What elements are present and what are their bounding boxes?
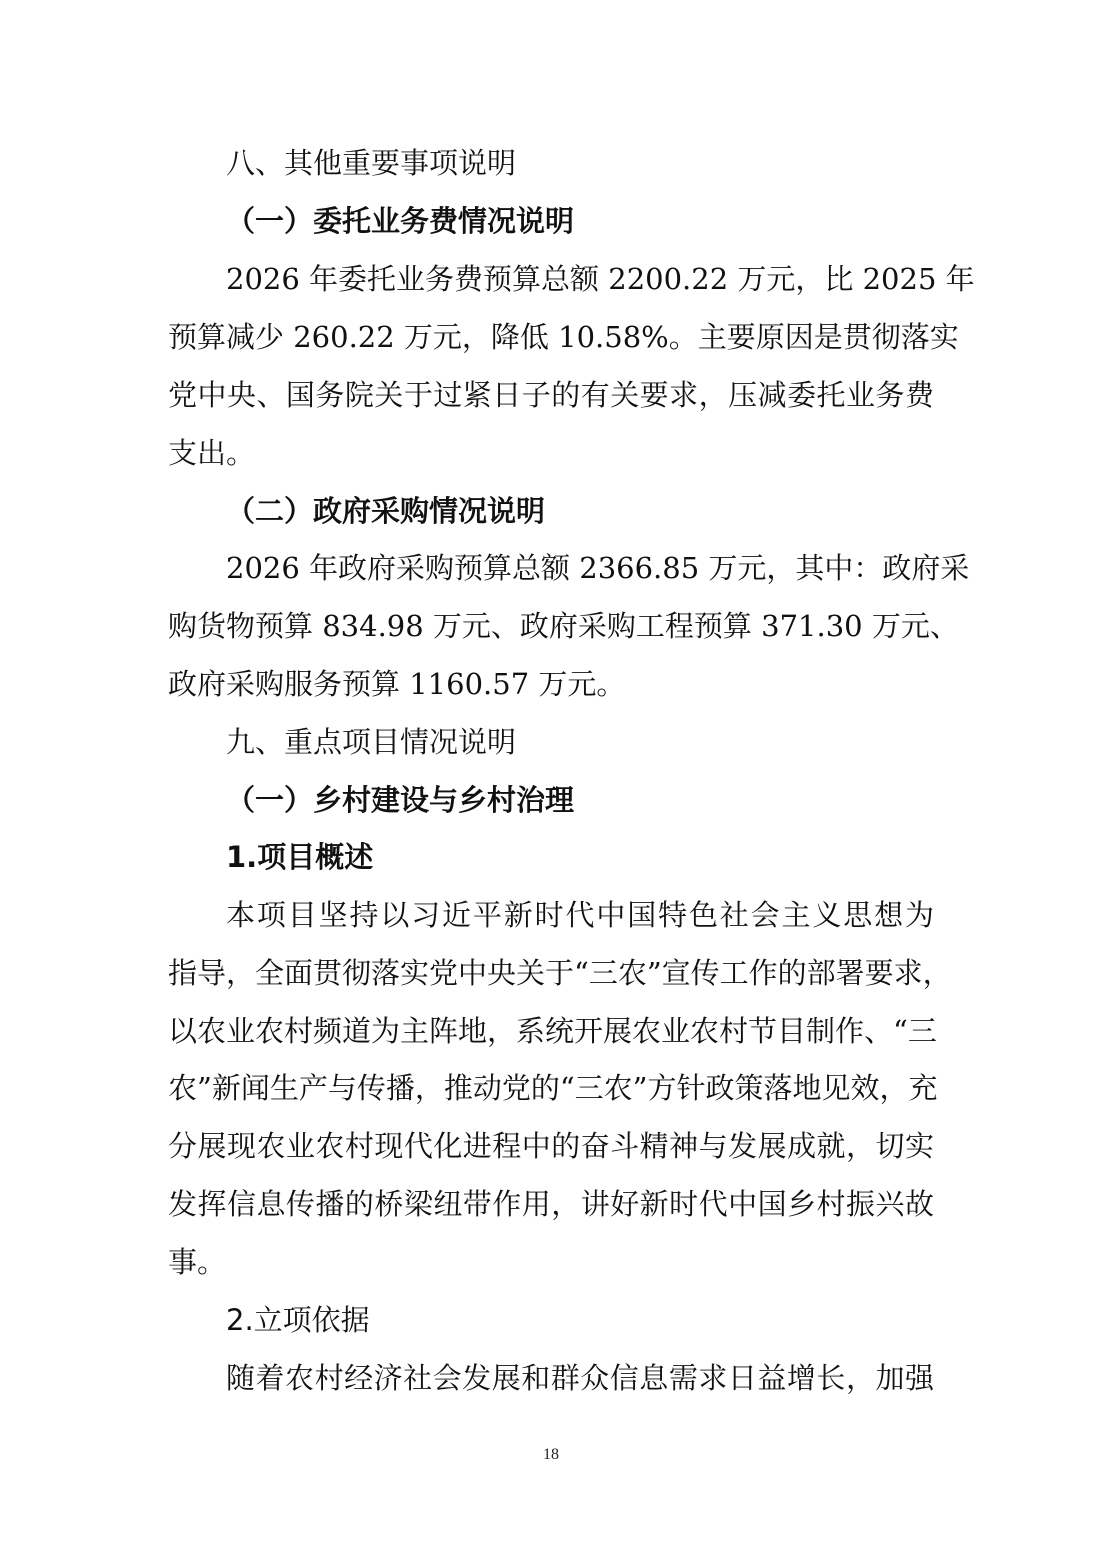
item-heading-project-basis: 2.立项依据 (226, 1300, 992, 1340)
paragraph-line: 2026 年委托业务费预算总额 2200.22 万元，比 2025 年 (226, 259, 934, 299)
subsection-heading-government-procurement: （二）政府采购情况说明 (226, 491, 992, 531)
paragraph-line: 支出。 (168, 433, 934, 473)
paragraph-line: 本项目坚持以习近平新时代中国特色社会主义思想为 (226, 895, 934, 935)
paragraph-line: 随着农村经济社会发展和群众信息需求日益增长，加强 (226, 1358, 934, 1398)
paragraph-line: 购货物预算 834.98 万元、政府采购工程预算 371.30 万元、 (168, 606, 934, 646)
subsection-heading-rural-construction: （一）乡村建设与乡村治理 (226, 780, 992, 820)
section-heading-8: 八、其他重要事项说明 (226, 143, 992, 183)
paragraph-line: 预算减少 260.22 万元，降低 10.58%。主要原因是贯彻落实 (168, 317, 934, 357)
paragraph-line: 指导，全面贯彻落实党中央关于“三农”宣传工作的部署要求， (168, 953, 934, 993)
item-heading-project-overview: 1.项目概述 (226, 837, 992, 877)
paragraph-line: 分展现农业农村现代化进程中的奋斗精神与发展成就，切实 (168, 1126, 934, 1166)
paragraph-line: 党中央、国务院关于过紧日子的有关要求，压减委托业务费 (168, 375, 934, 415)
paragraph-line: 2026 年政府采购预算总额 2366.85 万元，其中：政府采 (226, 548, 934, 588)
paragraph-line: 事。 (168, 1242, 934, 1282)
document-page: 八、其他重要事项说明 （一）委托业务费情况说明 2026 年委托业务费预算总额 … (0, 0, 1102, 1559)
paragraph-line: 农”新闻生产与传播，推动党的“三农”方针政策落地见效，充 (168, 1068, 934, 1108)
section-heading-9: 九、重点项目情况说明 (226, 722, 992, 762)
subsection-heading-entrusted-fees: （一）委托业务费情况说明 (226, 201, 992, 241)
paragraph-line: 发挥信息传播的桥梁纽带作用，讲好新时代中国乡村振兴故 (168, 1184, 934, 1224)
paragraph-line: 政府采购服务预算 1160.57 万元。 (168, 664, 934, 704)
page-number: 18 (0, 1446, 1102, 1464)
paragraph-line: 以农业农村频道为主阵地，系统开展农业农村节目制作、“三 (168, 1011, 934, 1051)
